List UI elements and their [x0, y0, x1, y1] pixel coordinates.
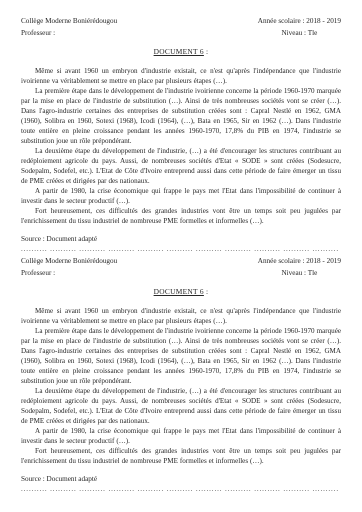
paragraph-4: A partir de 1980, la crise économique qu… [21, 426, 341, 446]
school-year: Année scolaire : 2018 - 2019 [258, 16, 341, 28]
header: Collège Moderne Boniérédougou Professeur… [21, 16, 341, 39]
header-left: Collège Moderne Boniérédougou Professeur… [21, 256, 117, 279]
level-label: Niveau : Tle [258, 28, 341, 40]
source-line: Source : Document adapté [21, 234, 341, 244]
paragraph-4: A partir de 1980, la crise économique qu… [21, 186, 341, 206]
document-title-text: DOCUMENT 6 [154, 287, 204, 296]
header-left: Collège Moderne Boniérédougou Professeur… [21, 16, 117, 39]
professor-label: Professeur : [21, 28, 117, 40]
school-name: Collège Moderne Boniérédougou [21, 16, 117, 28]
paragraph-1: Même si avant 1960 un embryon d'industri… [21, 306, 341, 326]
paragraph-1: Même si avant 1960 un embryon d'industri… [21, 66, 341, 86]
document-title-text: DOCUMENT 6 [154, 47, 204, 56]
header: Collège Moderne Boniérédougou Professeur… [21, 256, 341, 279]
document-title-colon: : [204, 47, 209, 56]
paragraph-3: La deuxième étape du développement de l'… [21, 386, 341, 426]
paragraph-2: La première étape dans le développement … [21, 86, 341, 146]
paragraph-5: Fort heureusement, ces difficultés des g… [21, 206, 341, 226]
paragraph-2: La première étape dans le développement … [21, 326, 341, 386]
school-year: Année scolaire : 2018 - 2019 [258, 256, 341, 268]
paragraph-5: Fort heureusement, ces difficultés des g… [21, 446, 341, 466]
paragraph-3: La deuxième étape du développement de l'… [21, 146, 341, 186]
professor-label: Professeur : [21, 268, 117, 280]
document-title: DOCUMENT 6 : [21, 287, 341, 297]
school-name: Collège Moderne Boniérédougou [21, 256, 117, 268]
source-line: Source : Document adapté [21, 474, 341, 484]
header-right: Année scolaire : 2018 - 2019 Niveau : Tl… [258, 16, 341, 39]
level-label: Niveau : Tle [258, 268, 341, 280]
dotted-separator: .......... .......... .......... .......… [21, 245, 341, 254]
document-section-1: Collège Moderne Boniérédougou Professeur… [21, 16, 341, 254]
document-title: DOCUMENT 6 : [21, 47, 341, 57]
header-right: Année scolaire : 2018 - 2019 Niveau : Tl… [258, 256, 341, 279]
document-section-2: Collège Moderne Boniérédougou Professeur… [21, 256, 341, 494]
document-title-colon: : [204, 287, 209, 296]
document-page: Collège Moderne Boniérédougou Professeur… [0, 0, 362, 512]
dotted-separator: .......... .......... .......... .......… [21, 485, 341, 494]
